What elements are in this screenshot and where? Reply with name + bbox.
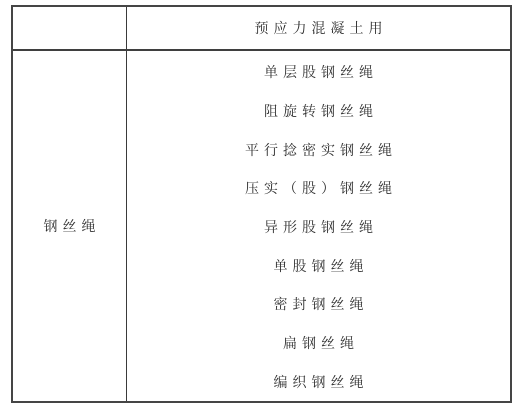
rope-type-item: 压实（股）钢丝绳	[127, 169, 510, 208]
rope-type-item: 密封钢丝绳	[127, 285, 510, 324]
usage-header-cell: 预应力混凝土用	[127, 7, 510, 49]
rope-type-item: 单层股钢丝绳	[127, 53, 510, 92]
rope-type-item: 阻旋转钢丝绳	[127, 92, 510, 131]
table-header-row: 预应力混凝土用	[13, 7, 510, 51]
rope-type-item: 单股钢丝绳	[127, 246, 510, 285]
rope-type-item: 扁钢丝绳	[127, 324, 510, 363]
rope-type-item: 编织钢丝绳	[127, 362, 510, 401]
rope-type-item: 平行捻密实钢丝绳	[127, 130, 510, 169]
rope-type-item: 异形股钢丝绳	[127, 208, 510, 247]
rope-types-list: 单层股钢丝绳 阻旋转钢丝绳 平行捻密实钢丝绳 压实（股）钢丝绳 异形股钢丝绳 单…	[127, 51, 510, 401]
wire-rope-classification-table: 预应力混凝土用 钢丝绳 单层股钢丝绳 阻旋转钢丝绳 平行捻密实钢丝绳 压实（股）…	[11, 5, 512, 403]
header-empty-cell	[13, 7, 127, 49]
table-body-row: 钢丝绳 单层股钢丝绳 阻旋转钢丝绳 平行捻密实钢丝绳 压实（股）钢丝绳 异形股钢…	[13, 51, 510, 401]
category-cell-wire-rope: 钢丝绳	[13, 51, 127, 401]
